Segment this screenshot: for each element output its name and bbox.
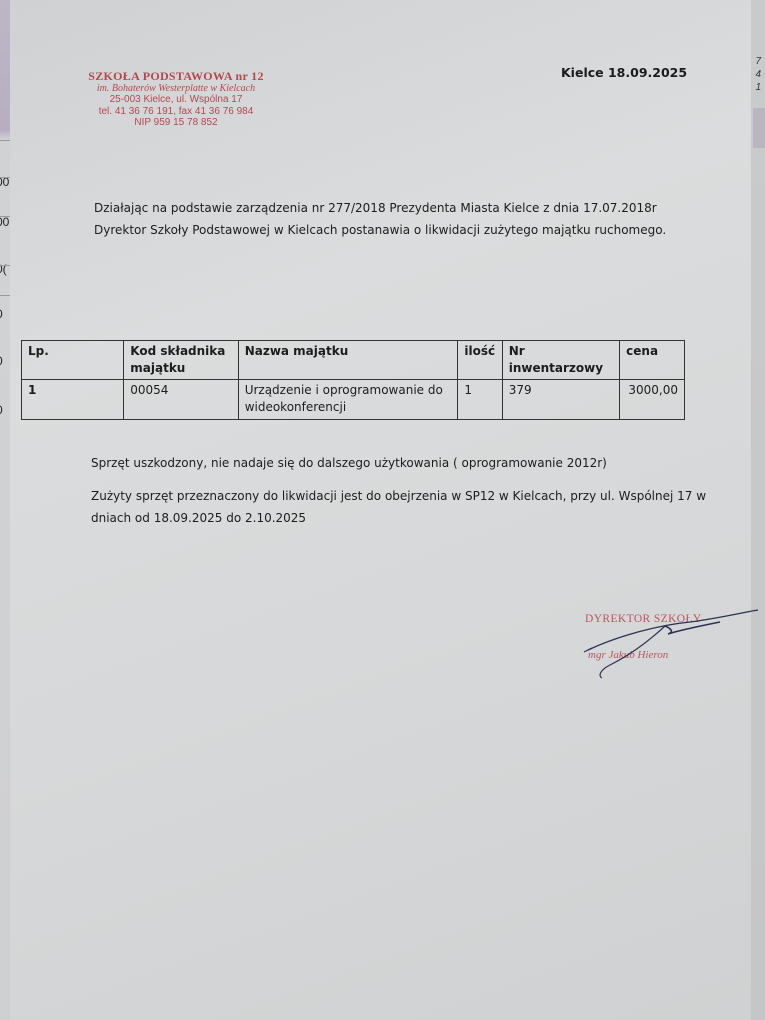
table-row: 1 00054 Urządzenie i oprogramowanie do w… xyxy=(22,380,685,420)
school-phone-fax: tel. 41 36 76 191, fax 41 36 76 984 xyxy=(72,106,280,118)
edge-number: 1 xyxy=(755,82,761,93)
school-patron: im. Bohaterów Westerplatte w Kielcach xyxy=(72,83,280,95)
edge-mark: 00 xyxy=(0,215,9,229)
table-header-row: Lp. Kod składnika majątku Nazwa majątku … xyxy=(22,341,685,380)
school-address: 25-003 Kielce, ul. Wspólna 17 xyxy=(72,94,280,106)
header-price: cena xyxy=(620,341,685,380)
header-asset-name: Nazwa majątku xyxy=(238,341,458,380)
school-nip: NIP 959 15 78 852 xyxy=(72,117,280,129)
cell-asset-name: Urządzenie i oprogramowanie do wideokonf… xyxy=(238,380,458,420)
cell-quantity: 1 xyxy=(458,380,502,420)
handwritten-signature-icon xyxy=(570,600,760,680)
school-stamp: SZKOŁA PODSTAWOWA nr 12 im. Bohaterów We… xyxy=(72,71,280,129)
document-date: Kielce 18.09.2025 xyxy=(561,65,687,80)
edge-mark: 0 xyxy=(0,307,3,321)
inspection-note: Zużyty sprzęt przeznaczony do likwidacji… xyxy=(91,485,711,529)
cell-price: 3000,00 xyxy=(620,380,685,420)
header-lp: Lp. xyxy=(22,341,124,380)
cell-asset-code: 00054 xyxy=(124,380,238,420)
cell-lp: 1 xyxy=(22,380,124,420)
cell-inventory-number: 379 xyxy=(502,380,619,420)
edge-mark: 0 xyxy=(0,403,3,417)
intro-paragraph: Działając na podstawie zarządzenia nr 27… xyxy=(94,197,694,241)
header-quantity: ilość xyxy=(458,341,502,380)
header-inventory-number: Nr inwentarzowy xyxy=(502,341,619,380)
header-asset-code: Kod składnika majątku xyxy=(124,341,238,380)
assets-table: Lp. Kod składnika majątku Nazwa majątku … xyxy=(21,340,685,420)
edge-number: 7 xyxy=(755,56,761,67)
school-name: SZKOŁA PODSTAWOWA nr 12 xyxy=(72,71,280,83)
condition-note: Sprzęt uszkodzony, nie nadaje się do dal… xyxy=(91,452,711,474)
edge-number: 4 xyxy=(755,69,761,80)
background-document-right: 7 4 1 xyxy=(751,0,765,1020)
edge-mark: 0 xyxy=(0,354,3,368)
